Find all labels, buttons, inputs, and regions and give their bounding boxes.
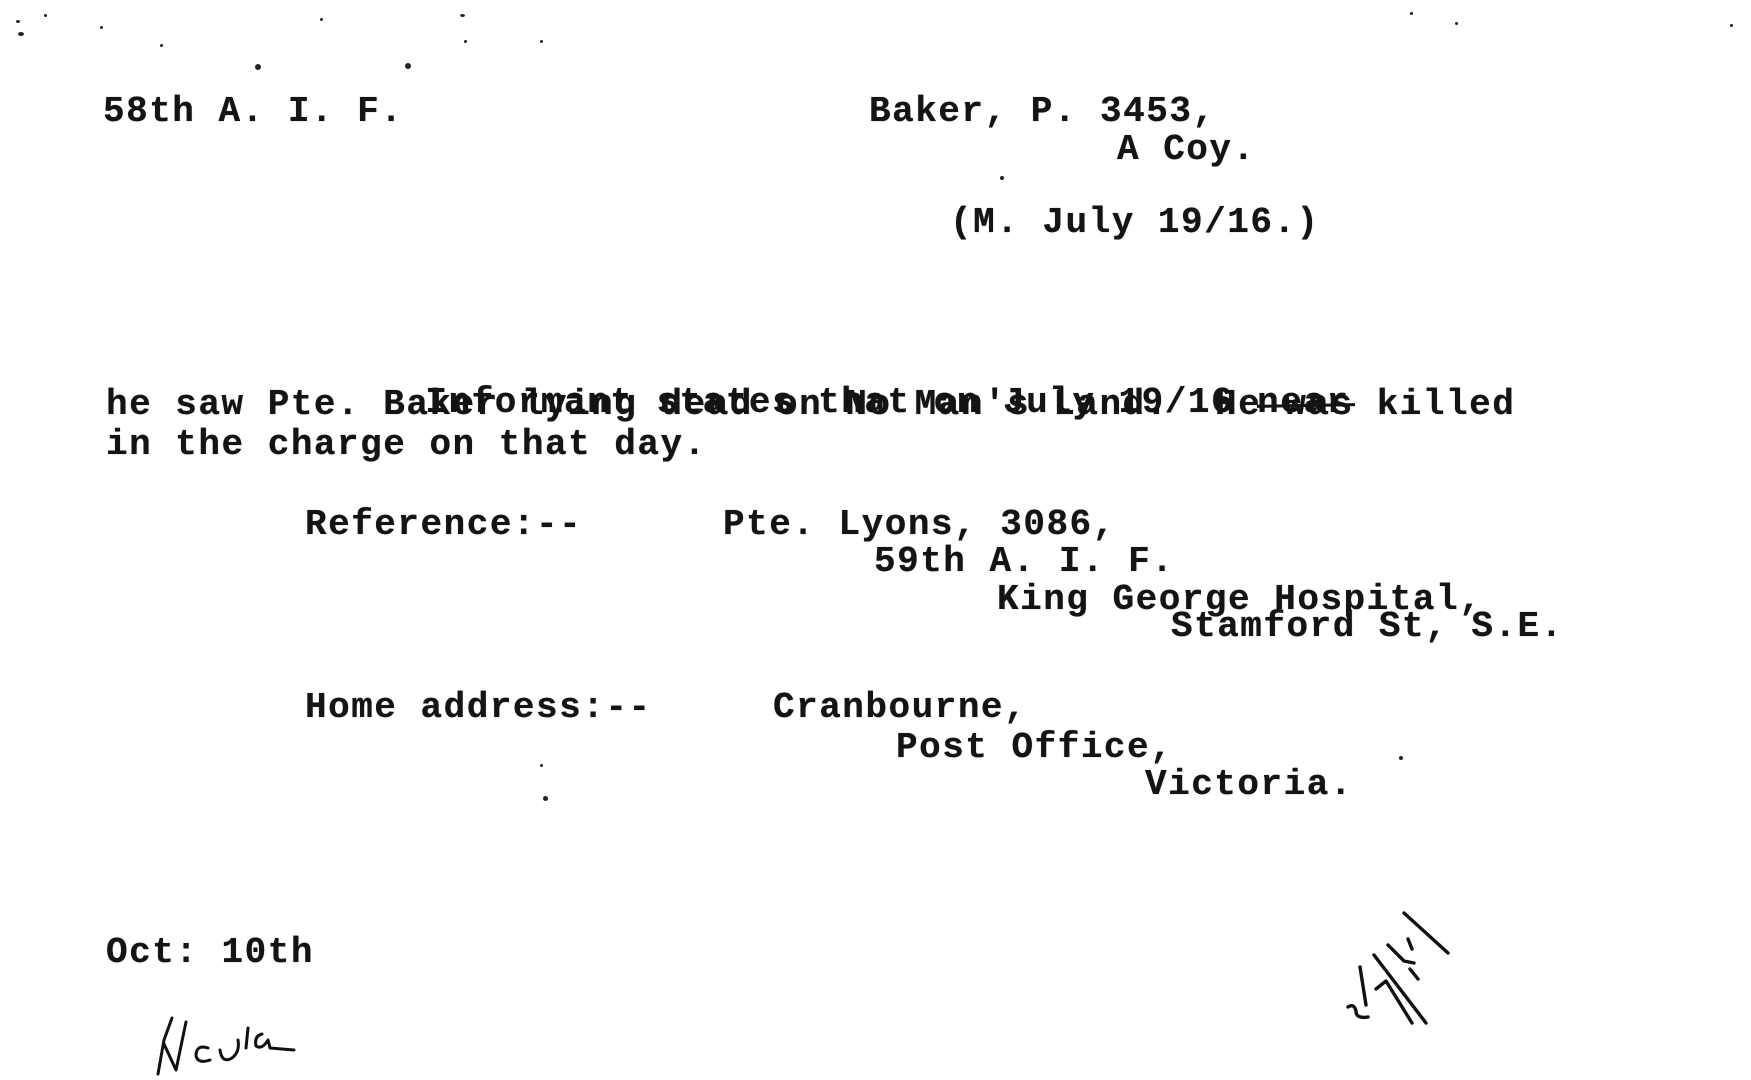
report-date: Oct: 10th — [106, 933, 314, 973]
statement-line-2: he saw Pte. Baker lying dead on No Man's… — [106, 385, 1515, 425]
statement-line-3: in the charge on that day. — [106, 425, 707, 465]
reference-line-2: 59th A. I. F. — [874, 542, 1174, 582]
home-address-label: Home address:-- — [305, 688, 652, 728]
soldier-name-number: Baker, P. 3453, — [869, 92, 1216, 132]
home-address-line-3: Victoria. — [1145, 765, 1353, 805]
reference-label: Reference:-- — [305, 505, 582, 545]
svg-text:Ncula: Ncula — [150, 1010, 153, 1011]
reference-line-4: Stamford St, S.E. — [1171, 607, 1564, 647]
home-address-line-1: Cranbourne, — [773, 688, 1027, 728]
reference-line-1: Pte. Lyons, 3086, — [723, 505, 1116, 545]
soldier-company: A Coy. — [1117, 130, 1256, 170]
unit-heading: 58th A. I. F. — [103, 92, 403, 132]
home-address-line-2: Post Office, — [896, 728, 1173, 768]
handwritten-signature: Ncula — [150, 1010, 330, 1080]
handwritten-initials-icon — [1330, 905, 1460, 1035]
document-page: 58th A. I. F. Baker, P. 3453, A Coy. (M.… — [0, 0, 1751, 1080]
missing-status-date: (M. July 19/16.) — [950, 203, 1320, 243]
